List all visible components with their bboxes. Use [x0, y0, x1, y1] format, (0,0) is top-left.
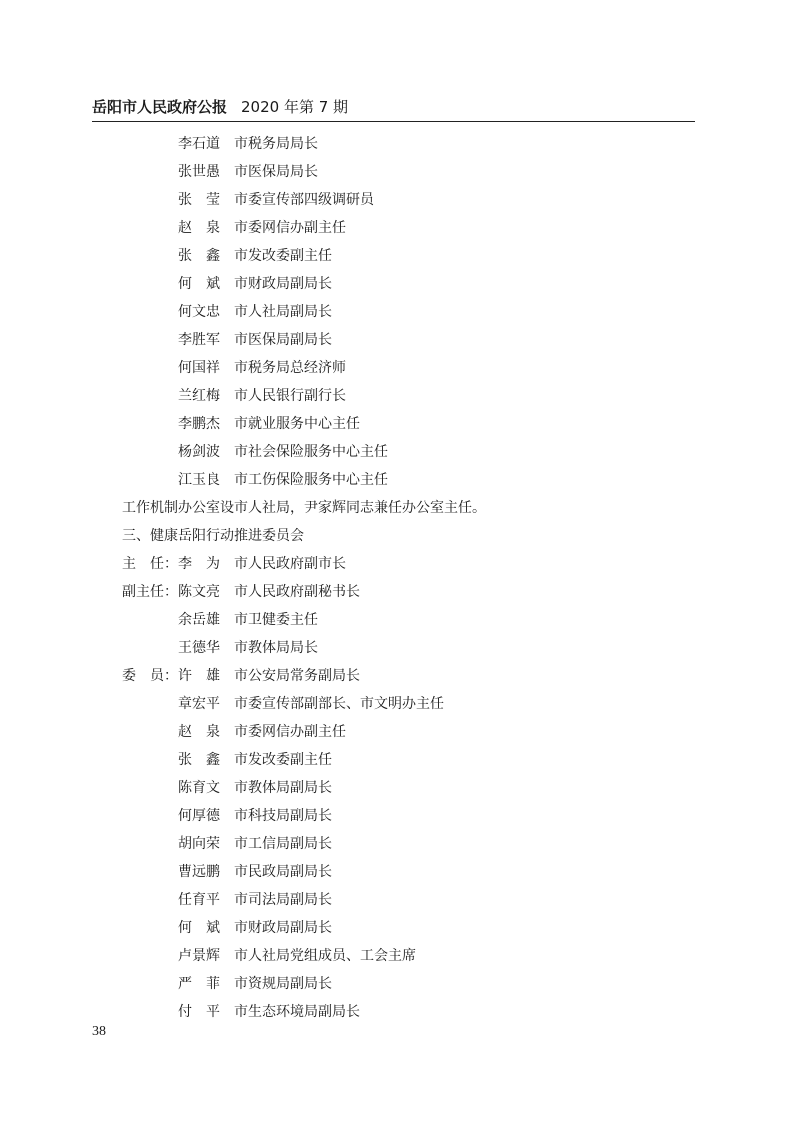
member-row: 赵 泉市委网信办副主任: [122, 718, 702, 746]
member-row: 任育平市司法局副局长: [122, 886, 702, 914]
member-row: 李石道市税务局局长: [122, 130, 702, 158]
member-row: 章宏平市委宣传部副部长、市文明办主任: [122, 690, 702, 718]
member-title: 市医保局局长: [234, 158, 318, 186]
member-name: 何厚德: [178, 802, 226, 830]
member-row: 杨剑波市社会保险服务中心主任: [122, 438, 702, 466]
member-name: 李鹏杰: [178, 410, 226, 438]
member-name: 余岳雄: [178, 606, 226, 634]
member-name: 兰红梅: [178, 382, 226, 410]
member-title: 市委网信办副主任: [234, 718, 346, 746]
member-row: 何国祥市税务局总经济师: [122, 354, 702, 382]
publication-name: 岳阳市人民政府公报: [92, 98, 227, 116]
member-row: 张 鑫市发改委副主任: [122, 746, 702, 774]
member-title: 市人民银行副行长: [234, 382, 346, 410]
member-name: 何 斌: [178, 270, 226, 298]
member-row: 王德华市教体局局长: [122, 634, 702, 662]
member-name: 张 鑫: [178, 746, 226, 774]
paragraph-text: 工作机制办公室设市人社局，尹家辉同志兼任办公室主任。: [122, 494, 486, 522]
member-row: 付 平市生态环境局副局长: [122, 998, 702, 1026]
member-row: 兰红梅市人民银行副行长: [122, 382, 702, 410]
member-title: 市社会保险服务中心主任: [234, 438, 388, 466]
member-title: 市发改委副主任: [234, 242, 332, 270]
member-name: 赵 泉: [178, 718, 226, 746]
member-title: 市司法局副局长: [234, 886, 332, 914]
member-name: 陈育文: [178, 774, 226, 802]
member-name: 付 平: [178, 998, 226, 1026]
member-title: 市工伤保险服务中心主任: [234, 466, 388, 494]
member-name: 赵 泉: [178, 214, 226, 242]
paragraph-line: 三、健康岳阳行动推进委员会: [122, 522, 702, 550]
member-title: 市生态环境局副局长: [234, 998, 360, 1026]
member-title: 市财政局副局长: [234, 914, 332, 942]
member-name: 胡向荣: [178, 830, 226, 858]
member-title: 市委宣传部四级调研员: [234, 186, 374, 214]
member-name: 何国祥: [178, 354, 226, 382]
member-title: 市人民政府副秘书长: [234, 578, 360, 606]
member-title: 市资规局副局长: [234, 970, 332, 998]
member-row: 陈育文市教体局副局长: [122, 774, 702, 802]
member-row: 何厚德市科技局副局长: [122, 802, 702, 830]
member-row: 何文忠市人社局副局长: [122, 298, 702, 326]
member-name: 许 雄: [178, 662, 226, 690]
member-name: 何 斌: [178, 914, 226, 942]
member-name: 江玉良: [178, 466, 226, 494]
member-row: 江玉良市工伤保险服务中心主任: [122, 466, 702, 494]
member-row: 副主任：陈文亮市人民政府副秘书长: [122, 578, 702, 606]
member-name: 陈文亮: [178, 578, 226, 606]
document-body: 李石道市税务局局长张世愚市医保局局长张 莹市委宣传部四级调研员赵 泉市委网信办副…: [122, 130, 702, 1026]
member-title: 市人社局党组成员、工会主席: [234, 942, 416, 970]
member-row: 余岳雄市卫健委主任: [122, 606, 702, 634]
member-title: 市卫健委主任: [234, 606, 318, 634]
paragraph-line: 工作机制办公室设市人社局，尹家辉同志兼任办公室主任。: [122, 494, 702, 522]
member-title: 市就业服务中心主任: [234, 410, 360, 438]
member-row: 委 员：许 雄市公安局常务副局长: [122, 662, 702, 690]
member-title: 市人社局副局长: [234, 298, 332, 326]
member-name: 李石道: [178, 130, 226, 158]
member-title: 市财政局副局长: [234, 270, 332, 298]
member-title: 市教体局副局长: [234, 774, 332, 802]
member-title: 市民政局副局长: [234, 858, 332, 886]
member-name: 章宏平: [178, 690, 226, 718]
member-row: 张世愚市医保局局长: [122, 158, 702, 186]
member-title: 市医保局副局长: [234, 326, 332, 354]
member-row: 李鹏杰市就业服务中心主任: [122, 410, 702, 438]
member-row: 严 菲市资规局副局长: [122, 970, 702, 998]
member-row: 曹远鹏市民政局副局长: [122, 858, 702, 886]
issue-number: 2020 年第 7 期: [241, 98, 348, 116]
member-row: 李胜军市医保局副局长: [122, 326, 702, 354]
page-header: 岳阳市人民政府公报2020 年第 7 期: [92, 96, 695, 120]
member-title: 市工信局副局长: [234, 830, 332, 858]
member-title: 市发改委副主任: [234, 746, 332, 774]
member-title: 市委网信办副主任: [234, 214, 346, 242]
member-name: 杨剑波: [178, 438, 226, 466]
member-name: 张世愚: [178, 158, 226, 186]
member-row: 何 斌市财政局副局长: [122, 914, 702, 942]
member-row: 何 斌市财政局副局长: [122, 270, 702, 298]
member-title: 市公安局常务副局长: [234, 662, 360, 690]
member-name: 张 鑫: [178, 242, 226, 270]
member-name: 李胜军: [178, 326, 226, 354]
member-name: 任育平: [178, 886, 226, 914]
member-row: 张 莹市委宣传部四级调研员: [122, 186, 702, 214]
member-name: 何文忠: [178, 298, 226, 326]
header-title: 岳阳市人民政府公报2020 年第 7 期: [92, 96, 348, 117]
member-title: 市科技局副局长: [234, 802, 332, 830]
member-row: 胡向荣市工信局副局长: [122, 830, 702, 858]
member-title: 市教体局局长: [234, 634, 318, 662]
member-name: 张 莹: [178, 186, 226, 214]
member-row: 卢景辉市人社局党组成员、工会主席: [122, 942, 702, 970]
role-label: 委 员：: [122, 662, 178, 690]
member-name: 卢景辉: [178, 942, 226, 970]
member-name: 曹远鹏: [178, 858, 226, 886]
role-label: 副主任：: [122, 578, 178, 606]
role-label: 主 任：: [122, 550, 178, 578]
paragraph-text: 三、健康岳阳行动推进委员会: [122, 522, 304, 550]
page-number: 38: [92, 1024, 106, 1040]
member-name: 李 为: [178, 550, 226, 578]
member-row: 主 任：李 为市人民政府副市长: [122, 550, 702, 578]
member-title: 市税务局局长: [234, 130, 318, 158]
member-name: 王德华: [178, 634, 226, 662]
member-title: 市委宣传部副部长、市文明办主任: [234, 690, 444, 718]
member-title: 市税务局总经济师: [234, 354, 346, 382]
member-row: 张 鑫市发改委副主任: [122, 242, 702, 270]
member-row: 赵 泉市委网信办副主任: [122, 214, 702, 242]
member-title: 市人民政府副市长: [234, 550, 346, 578]
header-divider: [92, 121, 695, 122]
member-name: 严 菲: [178, 970, 226, 998]
